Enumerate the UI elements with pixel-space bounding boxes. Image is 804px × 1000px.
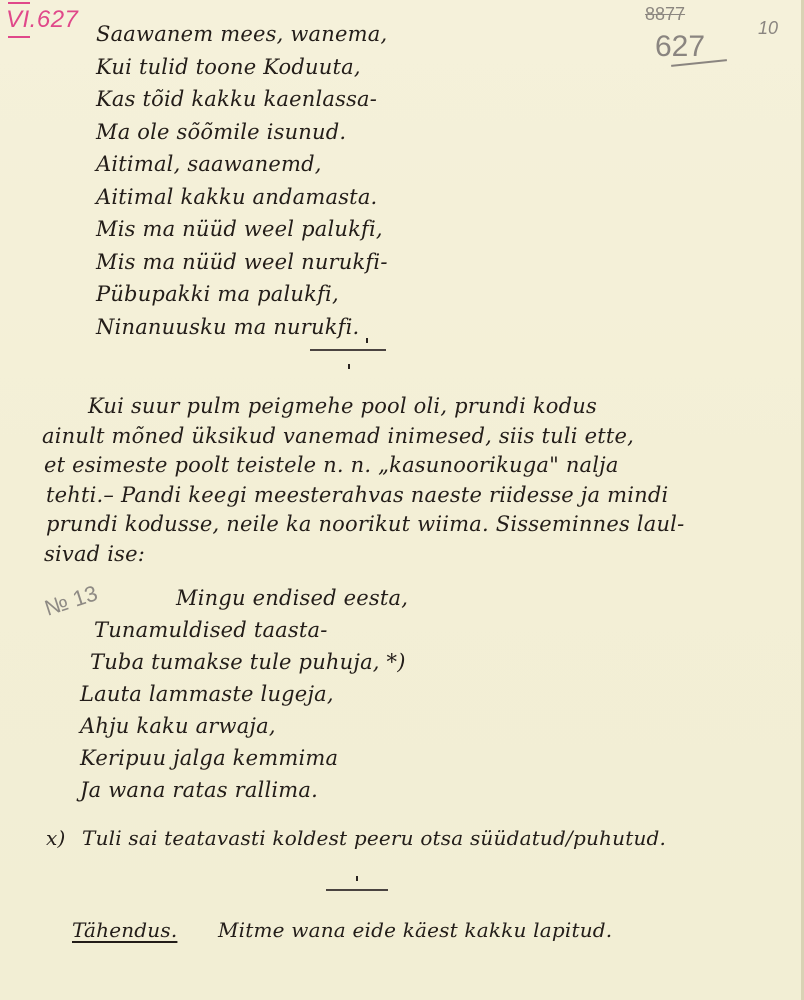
divider-tick	[356, 876, 358, 881]
prose-paragraph: Kui suur pulm peigmehe pool oli, prundi …	[72, 392, 792, 569]
poem-line: Ma ole sõõmile isunud.	[96, 116, 388, 149]
poem-line: Mis ma nüüd weel nurukfi-	[96, 246, 388, 279]
footnote-text: Tuli sai teatavasti koldest peeru otsa s…	[82, 826, 666, 850]
poem-line: Tunamuldised taasta-	[80, 614, 408, 646]
poem-line: Saawanem mees, wanema,	[96, 18, 388, 51]
poem-line: Keripuu jalga kemmima	[80, 742, 408, 774]
manuscript-page: VI.627 8877 627 10 Saawanem mees, wanema…	[0, 0, 804, 1000]
archive-mark-underline	[8, 36, 30, 38]
poem-line: Kui tulid toone Koduuta,	[96, 51, 388, 84]
prose-line: et esimeste poolt teistele n. n. „kasuno…	[44, 451, 792, 481]
poem-line: Ninanuusku ma nurukfi.	[96, 311, 388, 344]
gloss-text: Mitme wana eide käest kakku lapitud.	[218, 918, 612, 942]
poem-line: Ahju kaku arwaja,	[80, 710, 408, 742]
poem-line: Kas tõid kakku kaenlassa-	[96, 83, 388, 116]
prose-line: ainult mõned üksikud vanemad inimesed, s…	[42, 422, 792, 452]
page-number: 627	[655, 30, 705, 64]
prose-line: prundi kodusse, neile ka noorikut wiima.…	[46, 510, 792, 540]
poem-line: Aitimal kakku andamasta.	[96, 181, 388, 214]
archive-mark-text: VI.627	[6, 6, 78, 33]
poem-second: Mingu endised eesta, Tunamuldised taasta…	[80, 582, 408, 806]
corner-mark: 10	[758, 18, 778, 39]
poem-line: Aitimal, saawanemd,	[96, 148, 388, 181]
section-divider	[326, 889, 388, 891]
poem-line: Tuba tumakse tule puhuja, *)	[80, 646, 408, 678]
poem-line: Mis ma nüüd weel palukfi,	[96, 213, 388, 246]
footnote-marker: x)	[46, 826, 65, 850]
footnote: x) Tuli sai teatavasti koldest peeru ots…	[46, 826, 666, 850]
gloss: Tähendus. Mitme wana eide käest kakku la…	[72, 918, 612, 942]
poem-first: Saawanem mees, wanema, Kui tulid toone K…	[96, 18, 388, 343]
page-number-text: 627	[655, 30, 705, 63]
poem-line: Lauta lammaste lugeja,	[80, 678, 408, 710]
poem-line: Pübupakki ma palukfi,	[96, 278, 388, 311]
prose-line: tehti.– Pandi keegi meesterahvas naeste …	[46, 481, 792, 511]
prose-line: Kui suur pulm peigmehe pool oli, prundi …	[72, 392, 792, 422]
gloss-label: Tähendus.	[72, 918, 177, 942]
archive-mark: VI.627	[6, 6, 78, 34]
section-divider	[310, 349, 386, 351]
poem-line: Ja wana ratas rallima.	[80, 774, 408, 806]
archive-mark-overline	[8, 2, 30, 4]
poem-line: Mingu endised eesta,	[80, 582, 408, 614]
divider-tick	[348, 364, 350, 369]
old-page-number: 8877	[645, 4, 685, 25]
prose-line: sivad ise:	[44, 540, 792, 570]
divider-tick	[366, 338, 368, 343]
